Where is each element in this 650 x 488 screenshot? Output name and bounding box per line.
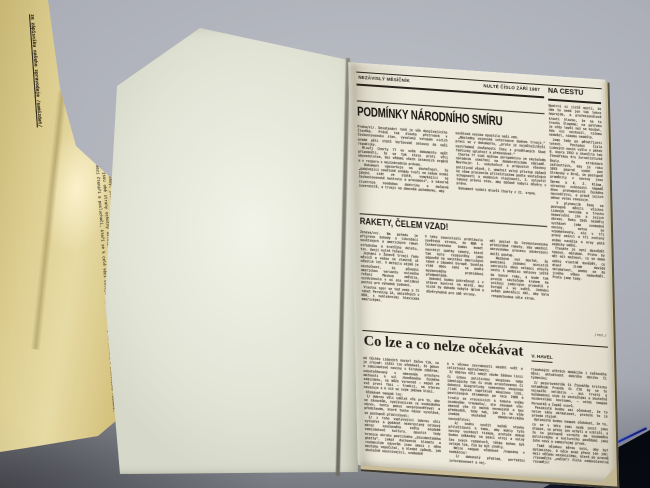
ocekavat-column-1: od těchto Lidových novin? Začnu tím, co …	[363, 356, 441, 467]
newspaper-page: NEZÁVISLÝ MĚSÍČNÍK NULTÉ ČÍSLO ZÁŘÍ 1987…	[348, 62, 615, 483]
rakety-column-1: Ženeva/zv/. Na pořadu je příprava dohody…	[360, 230, 420, 330]
left-blank-page	[100, 25, 362, 480]
ocekavat-column-2: a s věcnou zevrubností obsáhl svět a cel…	[447, 362, 525, 473]
smir-column-1: Praha/vl/. Devatenáct roků je věk dospív…	[357, 124, 449, 218]
rakety-column-3: měl poslat do Československa přimístěné …	[490, 239, 550, 339]
photo-of-samizdat-newspaper: ze zápisníku našeho zpravodaje /samizdat…	[0, 0, 650, 488]
na-cestu-body: Opatrní si jistě myslí, že nám to nedá j…	[548, 104, 606, 333]
byline-v-havel: V. HAVEL	[531, 354, 552, 362]
rakety-column-2: V této souvislosti prohlásila sovětská s…	[425, 235, 485, 335]
na-cestu-headline: NA CESTU	[548, 86, 584, 97]
ocekavat-column-3: rlandských aférách domácího i světového …	[531, 367, 609, 478]
smir-column-2: sovětská vojska opustila naši zem. „Násl…	[455, 131, 547, 225]
